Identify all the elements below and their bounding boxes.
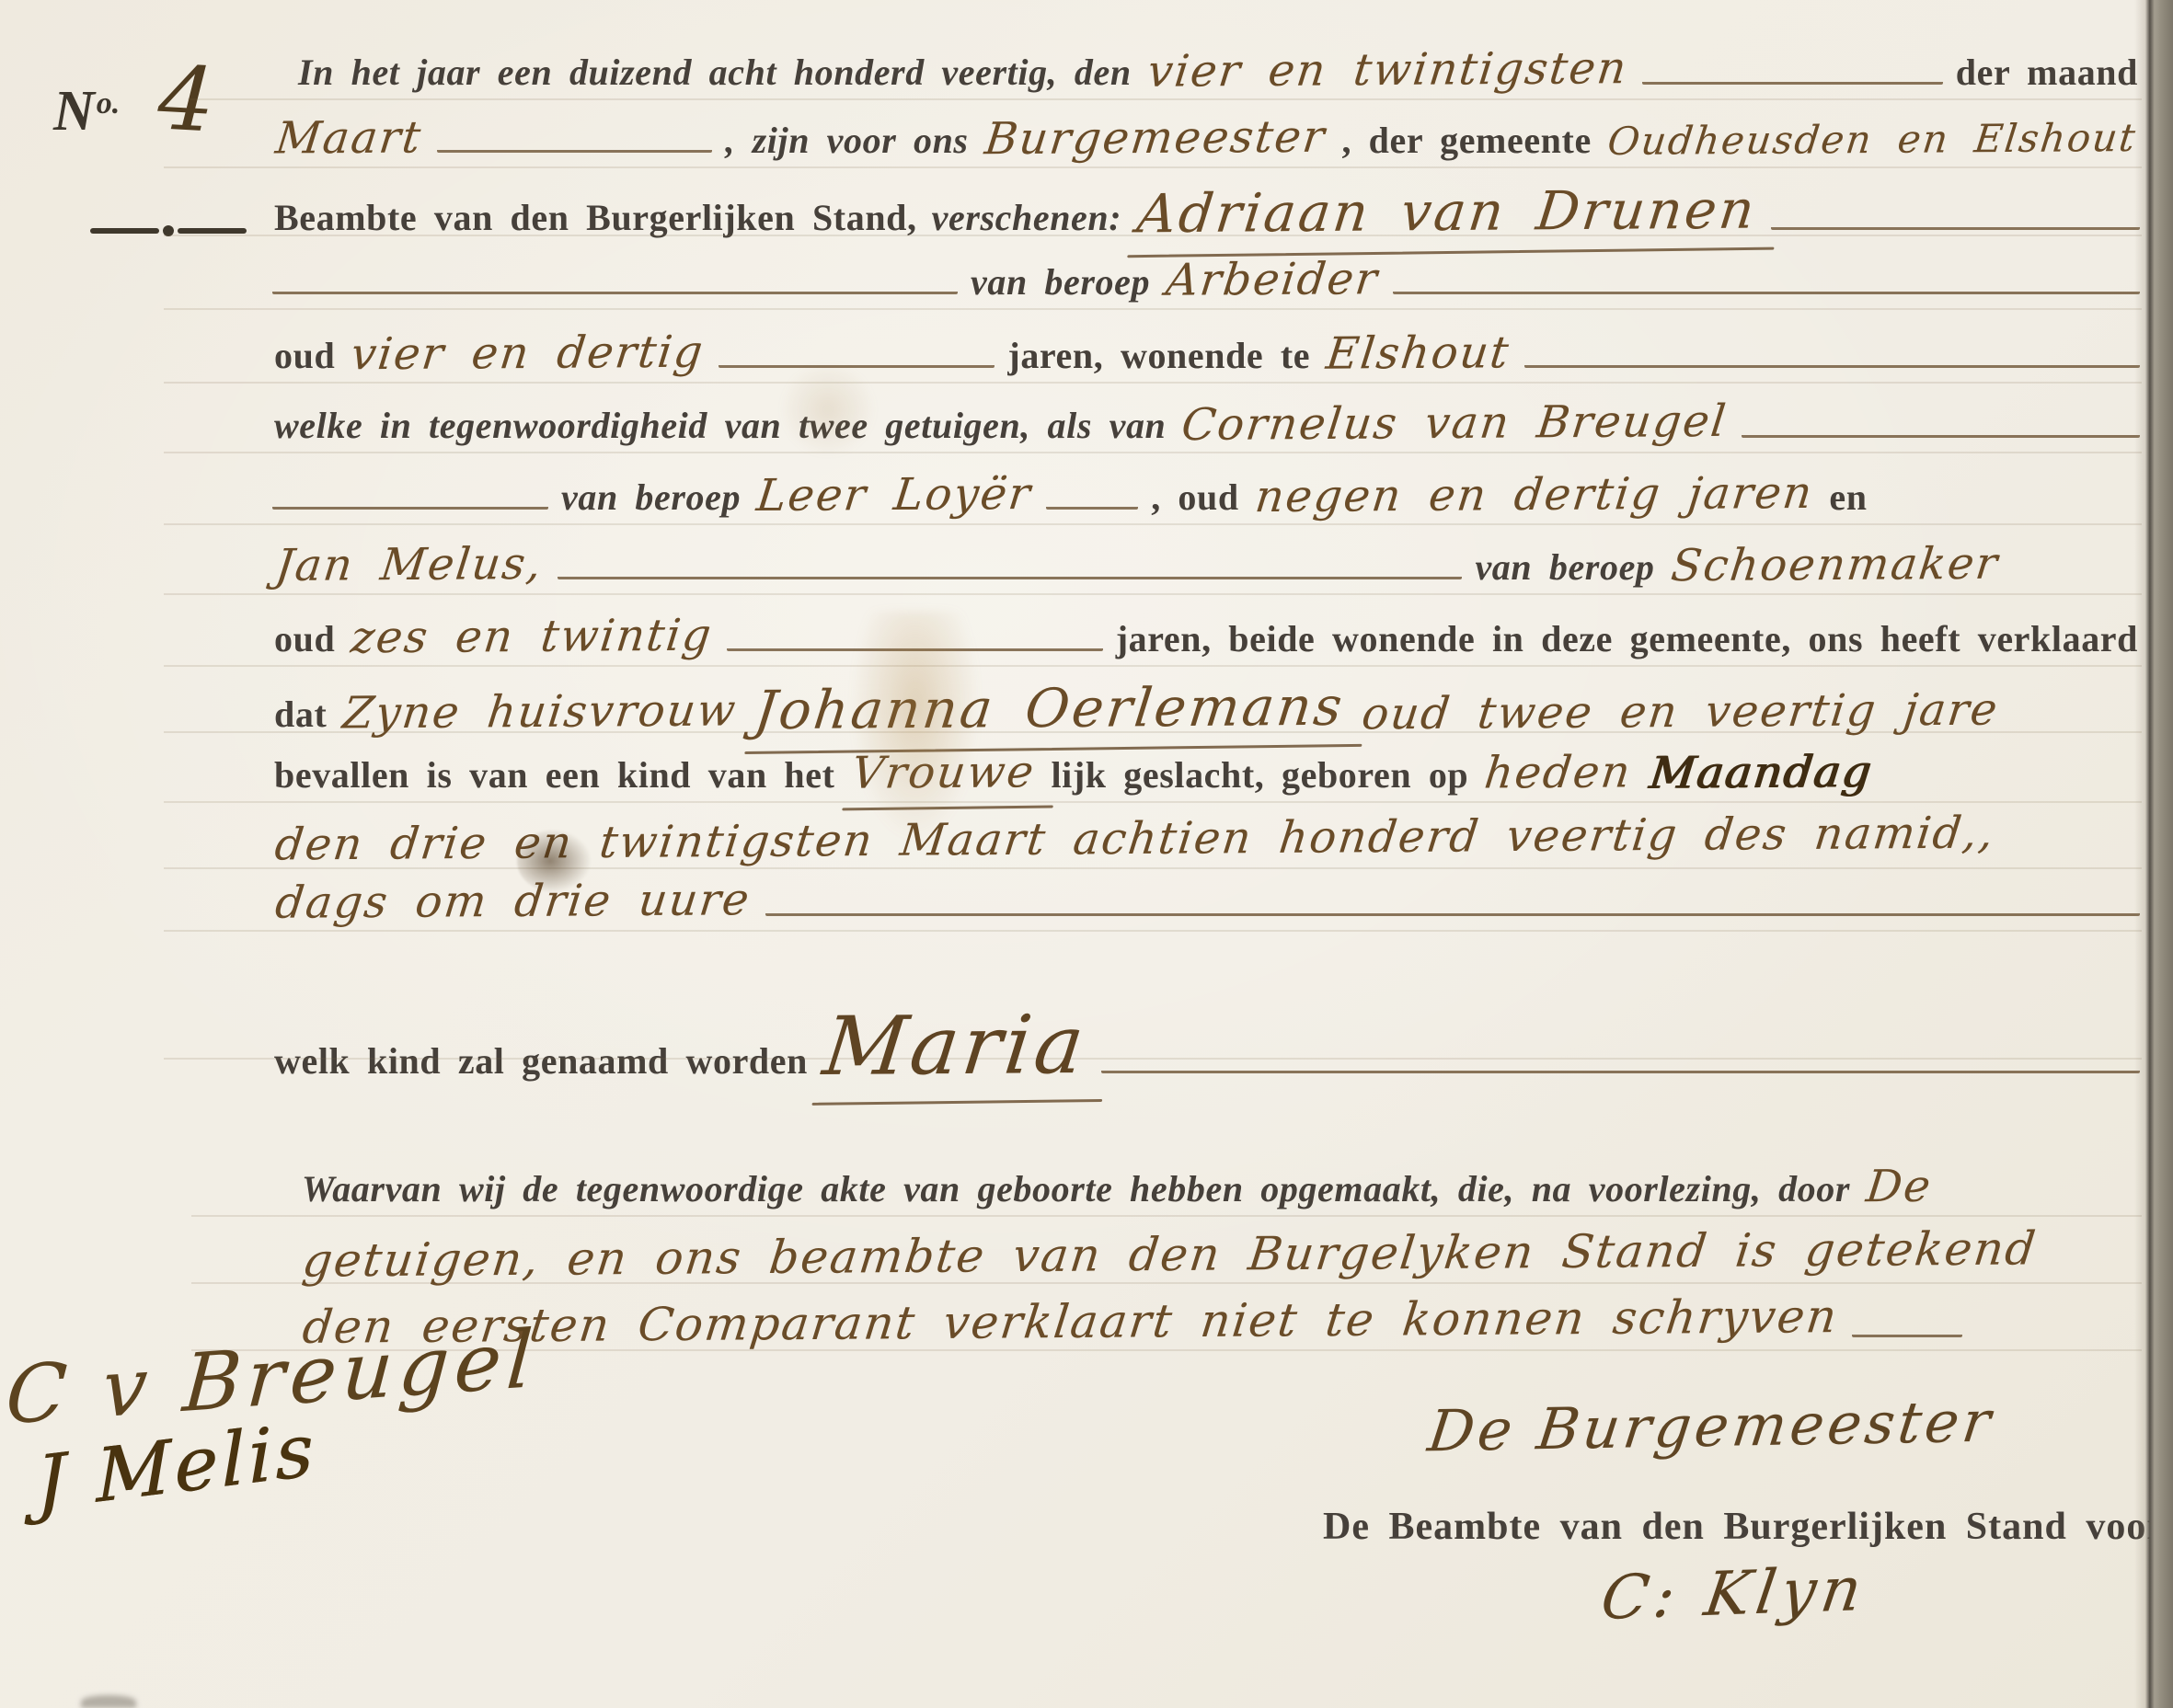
page-bottom-edge-mark [81,1695,136,1708]
hand-segment-witness1-name: Cornelus van Breugel [1179,395,1730,451]
printed-segment: van beroep [971,260,1150,304]
printed-segment: welk kind zal genaamd worden [274,1039,808,1083]
hand-segment-occupation: Arbeider [1164,253,1382,306]
printed-segment: van beroep [561,476,741,519]
act-line-3: Beambte van den Burgerlijken Stand, vers… [267,180,2145,243]
act-line-14: welk kind zal genaamd worden Maria [267,998,2145,1066]
ink-filler-stroke [437,141,713,153]
act-line-16: getuigen, en ons beambte van den Burgely… [294,1228,2145,1290]
printed-segment: jaren, wonende te [1007,334,1310,377]
act-line-11: bevallen is van een kind van het Vrouwe … [267,747,2145,809]
printed-segment: , zijn voor ons [725,119,968,162]
act-line-8: Jan Melus, van beroep Schoenmaker [267,539,2145,602]
hand-segment-mother-age: oud twee en veertig jare [1360,684,2002,740]
hand-segment-child-name: Maria [819,997,1092,1094]
printed-segment: oud [274,617,335,660]
ink-filler-stroke [727,639,1102,651]
hand-segment-closing-1: De [1864,1161,1935,1212]
printed-segment: lijk geslacht, geboren op [1051,753,1468,797]
ornament-bar-left [90,228,159,234]
act-line-15: Waarvan wij de tegenwoordige akte van ge… [294,1161,2145,1223]
printed-segment: der maand [1956,51,2138,94]
ink-filler-stroke [272,282,958,294]
hand-segment-day-ordinal: vier en twintigsten [1144,42,1630,97]
ink-blot [517,830,591,892]
act-line-10: dat Zyne huisvrouw Johanna Oerlemans oud… [267,677,2145,739]
printed-segment: welke in tegenwoordigheid van twee getui… [274,404,1166,447]
ink-filler-stroke [1742,426,2140,438]
ink-filler-stroke [558,567,1463,579]
act-line-17: den eersten Comparant verklaart niet te … [294,1295,2145,1358]
act-number-label: N [53,79,97,144]
page-right-edge [2134,0,2173,1708]
burgemeester-title-handwritten: De Burgemeester [1412,1387,2010,1464]
official-printed-title: De Beambte van den Burgerlijken Stand vo… [1323,1505,2173,1549]
printed-segment: In het jaar een duizend acht honderd vee… [298,51,1132,94]
ink-filler-stroke [1101,1061,2140,1073]
act-line-1: In het jaar een duizend acht honderd vee… [291,44,2145,107]
act-line-9: oud zes en twintig jaren, beide wonende … [267,611,2145,673]
hand-segment-witness2-age: zes en twintig [349,610,716,664]
printed-segment: van beroep [1475,545,1654,589]
hand-segment-office: Burgemeester [982,111,1328,166]
hand-segment-witness2-occupation: Schoenmaker [1668,538,2001,591]
hand-segment-closing-2: getuigen, en ons beambte van den Burgely… [300,1221,2040,1287]
printed-segment: , oud [1151,476,1239,519]
ink-filler-stroke [1524,356,2140,368]
printed-segment: oud [274,334,335,377]
hand-segment-birthtime: dags om drie uure [273,874,753,929]
ink-filler-stroke [765,904,2141,916]
ink-filler-stroke [272,498,548,510]
act-line-7: van beroep Leer Loyër , oud negen en der… [267,469,2145,532]
act-line-2: Maart , zijn voor ons Burgemeester , der… [267,112,2145,175]
birth-record-page: No. 4 In het jaar een duizend acht honde… [0,0,2173,1708]
hand-segment-weekday: Maandag [1647,746,1875,799]
official-signature: C: Klyn [1597,1553,1871,1633]
ink-filler-stroke [1771,218,2140,230]
act-line-5: oud vier en dertig jaren, wonende te Els… [267,327,2145,390]
ink-filler-stroke [1393,282,2140,294]
blank-spacer [2007,570,2145,579]
hand-segment-mother-name: Johanna Oerlemans [752,675,1348,741]
hand-segment-declarant-name: Adriaan van Drunen [1134,178,1760,246]
ink-filler-stroke [1046,498,1138,510]
act-line-6: welke in tegenwoordigheid van twee getui… [267,397,2145,460]
hand-segment-municipality: Oudheusden en Elshout [1605,115,2139,164]
printed-segment: dat [274,693,327,736]
ornament-bar-right [178,228,247,234]
hand-segment-witness1-occupation: Leer Loyër [754,468,1035,522]
ink-filler-stroke [1852,1325,1962,1337]
printed-segment: jaren, beide wonende in deze gemeente, o… [1116,617,2138,660]
hand-segment-witness1-age: negen en dertig jaren [1252,467,1816,522]
hand-segment-month: Maart [273,111,425,164]
hand-segment-wife-intro: Zyne huisvrouw [340,685,741,739]
printed-segment: Waarvan wij de tegenwoordige akte van ge… [302,1167,1850,1210]
printed-segment: verschenen: [932,196,1122,239]
hand-segment-birthday-word: heden [1482,746,1635,798]
hand-segment-gender: Vrouwe [848,746,1038,798]
hand-segment-witness2-name: Jan Melus, [273,538,546,591]
printed-segment: en [1829,476,1867,519]
hand-segment-residence: Elshout [1324,327,1513,379]
act-line-4: van beroep Arbeider [267,254,2145,316]
act-number-label-sup: o. [97,86,121,121]
hand-segment-age: vier en dertig [349,327,707,381]
ink-filler-stroke [1642,73,1943,85]
printed-segment: , der gemeente [1341,119,1591,162]
printed-segment: Beambte van den Burgerlijken Stand, [274,196,917,239]
printed-segment: bevallen is van een kind van het [274,753,835,797]
ink-filler-stroke [719,356,995,368]
